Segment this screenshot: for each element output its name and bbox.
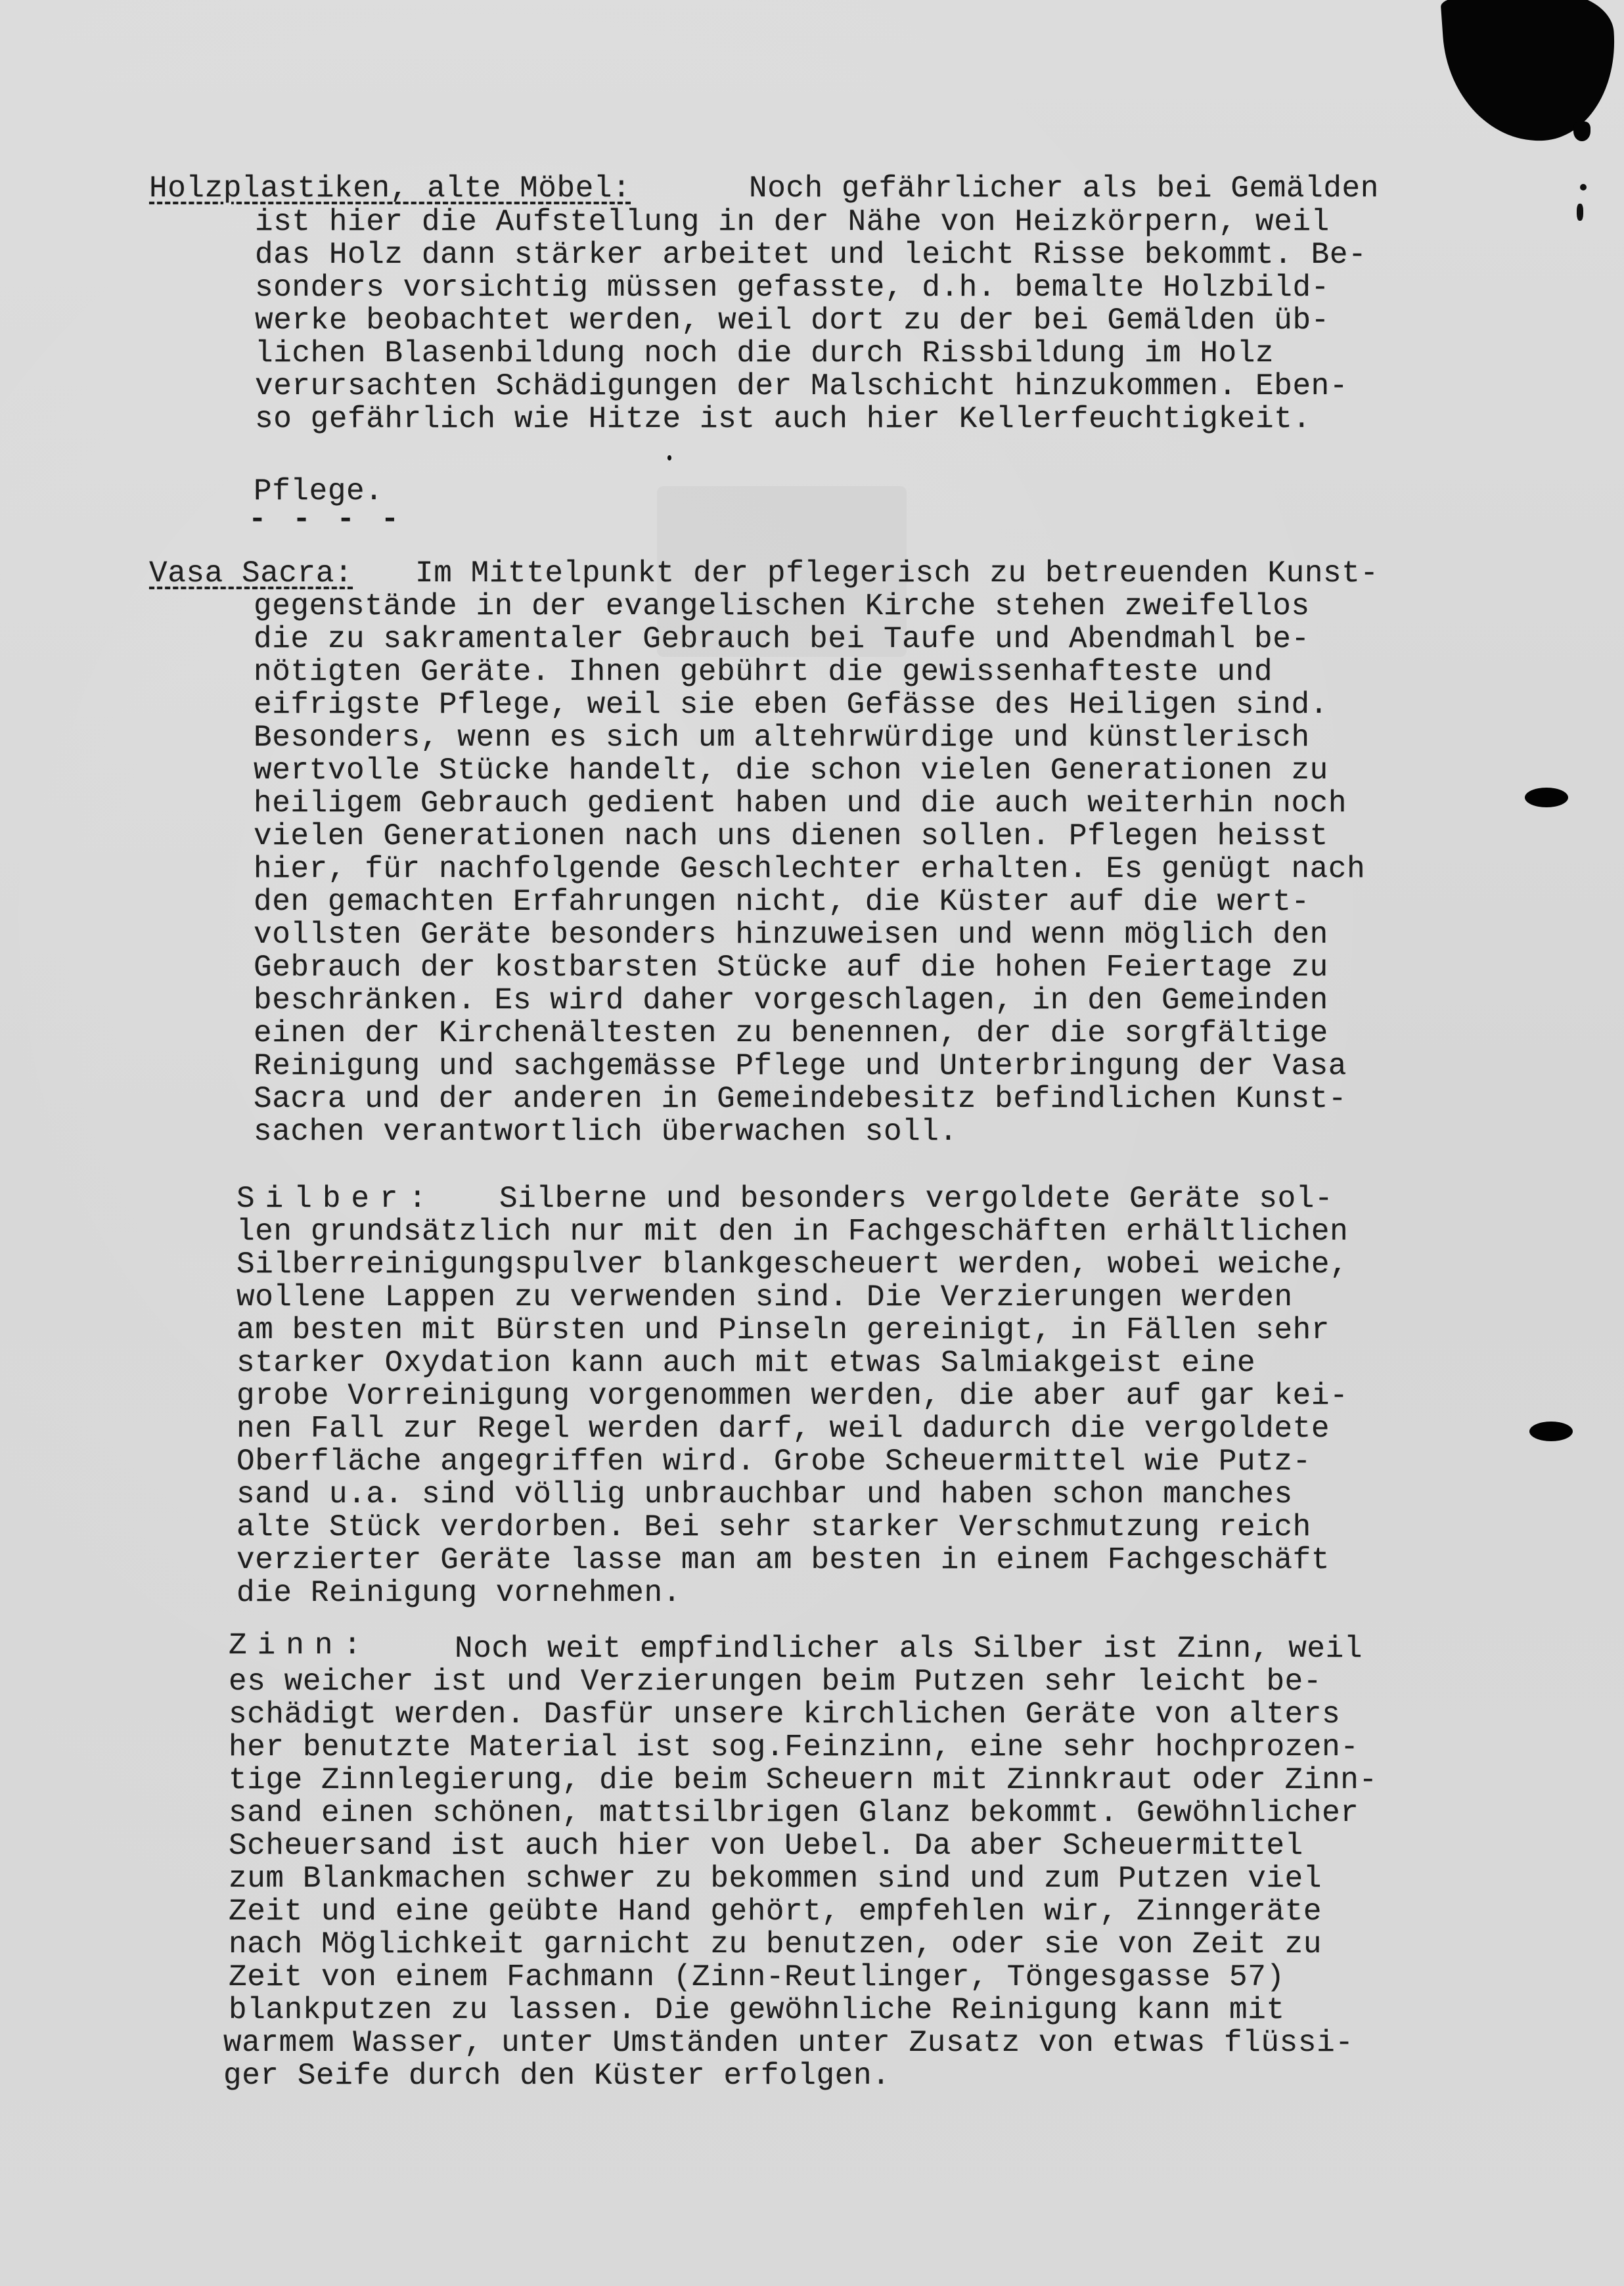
paragraph-line: Sacra und der anderen in Gemeindebesitz … (254, 1083, 1347, 1115)
dust-speck-icon (667, 455, 671, 460)
paragraph-line: starker Oxydation kann auch mit etwas Sa… (237, 1347, 1255, 1379)
section-heading: Holzplastiken, alte Möbel: (149, 172, 631, 205)
paragraph-line: eifrigste Pflege, weil sie eben Gefässe … (254, 688, 1328, 721)
paragraph-line: zum Blankmachen schwer zu bekommen sind … (229, 1862, 1322, 1895)
paragraph-line: Oberfläche angegriffen wird. Grobe Scheu… (237, 1445, 1311, 1478)
paragraph-line: wollene Lappen zu verwenden sind. Die Ve… (237, 1281, 1293, 1314)
punch-hole-icon (1529, 1422, 1573, 1441)
paragraph-line: verzierter Geräte lasse man am besten in… (237, 1544, 1330, 1577)
ink-blot-drip-icon (1573, 122, 1590, 141)
paragraph-line: die Reinigung vornehmen. (237, 1577, 681, 1609)
paragraph-line: einen der Kirchenältesten zu benennen, d… (254, 1017, 1328, 1050)
paragraph-line: nötigten Geräte. Ihnen gebührt die gewis… (254, 656, 1273, 688)
paragraph-line: nach Möglichkeit garnicht zu benutzen, o… (229, 1928, 1322, 1961)
paragraph-line: Scheuersand ist auch hier von Uebel. Da … (229, 1829, 1303, 1862)
paragraph-line: wertvolle Stücke handelt, die schon viel… (254, 754, 1328, 787)
paragraph-line: Noch weit empfindlicher als Silber ist Z… (455, 1632, 1363, 1665)
paragraph-line: Noch gefährlicher als bei Gemälden (749, 172, 1379, 205)
paragraph-line: hier, für nachfolgende Geschlechter erha… (254, 853, 1365, 885)
paragraph-line: es weicher ist und Verzierungen beim Put… (229, 1665, 1322, 1698)
paragraph-line: den gemachten Erfahrungen nicht, die Küs… (254, 885, 1310, 918)
paragraph-line: Reinigung und sachgemässe Pflege und Unt… (254, 1050, 1347, 1083)
paragraph-line: Gebrauch der kostbarsten Stücke auf die … (254, 951, 1328, 984)
punch-hole-icon (1525, 788, 1568, 807)
paragraph-line: so gefährlich wie Hitze ist auch hier Ke… (255, 403, 1311, 436)
paragraph-line: len grundsätzlich nur mit den in Fachges… (237, 1215, 1348, 1248)
ink-blot-icon (1440, 0, 1621, 147)
paragraph-line: sonders vorsichtig müssen gefasste, d.h.… (255, 271, 1330, 304)
paragraph-line: grobe Vorreinigung vorgenommen werden, d… (237, 1379, 1348, 1412)
paragraph-line: vollsten Geräte besonders hinzuweisen un… (254, 918, 1328, 951)
paragraph-line: sand einen schönen, mattsilbrigen Glanz … (229, 1797, 1359, 1829)
paragraph-line: Zeit von einem Fachmann (Zinn-Reutlinger… (229, 1961, 1285, 1994)
paragraph-line: blankputzen zu lassen. Die gewöhnliche R… (229, 1994, 1285, 2027)
paragraph-line: sand u.a. sind völlig unbrauchbar und ha… (237, 1478, 1293, 1511)
paragraph-line: her benutzte Material ist sog.Feinzinn, … (229, 1731, 1359, 1764)
section-heading: Zinn: (229, 1629, 372, 1662)
paragraph-line: Besonders, wenn es sich um altehrwürdige… (254, 721, 1310, 754)
paragraph-line: vielen Generationen nach uns dienen soll… (254, 820, 1328, 853)
paragraph-line: beschränken. Es wird daher vorgeschlagen… (254, 984, 1328, 1017)
paragraph-line: Im Mittelpunkt der pflegerisch zu betreu… (415, 557, 1379, 590)
section-heading: Vasa Sacra: (149, 557, 353, 590)
section-heading: Silber: (237, 1182, 437, 1215)
ink-speck-icon (1577, 204, 1583, 221)
paragraph-line: Silberne und besonders vergoldete Geräte… (499, 1182, 1333, 1215)
paragraph-line: werke beobachtet werden, weil dort zu de… (255, 304, 1330, 337)
paragraph-line: am besten mit Bürsten und Pinseln gerein… (237, 1314, 1330, 1347)
paragraph-line: Silberreinigungspulver blankgescheuert w… (237, 1248, 1348, 1281)
paragraph-line: das Holz dann stärker arbeitet und leich… (255, 238, 1366, 271)
paragraph-line: alte Stück verdorben. Bei sehr starker V… (237, 1511, 1311, 1544)
paragraph-line: ger Seife durch den Küster erfolgen. (223, 2059, 890, 2092)
title-underline: - - - - (248, 503, 403, 537)
paragraph-line: nen Fall zur Regel werden darf, weil dad… (237, 1412, 1330, 1445)
paragraph-line: lichen Blasenbildung noch die durch Riss… (255, 337, 1274, 370)
paragraph-line: Zeit und eine geübte Hand gehört, empfeh… (229, 1895, 1322, 1928)
paragraph-line: gegenstände in der evangelischen Kirche … (254, 590, 1310, 623)
paragraph-line: schädigt werden. Dasfür unsere kirchlich… (229, 1698, 1340, 1731)
paragraph-line: ist hier die Aufstellung in der Nähe von… (255, 206, 1330, 238)
paragraph-line: tige Zinnlegierung, die beim Scheuern mi… (229, 1764, 1378, 1797)
paragraph-line: sachen verantwortlich überwachen soll. (254, 1115, 958, 1148)
paragraph-line: heiligem Gebrauch gedient haben und die … (254, 787, 1347, 820)
paragraph-line: verursachten Schädigungen der Malschicht… (255, 370, 1348, 403)
paragraph-line: warmem Wasser, unter Umständen unter Zus… (223, 2027, 1353, 2059)
scanned-page: Holzplastiken, alte Möbel: Noch gefährli… (0, 0, 1624, 2286)
paragraph-line: die zu sakramentaler Gebrauch bei Taufe … (254, 623, 1310, 656)
ink-speck-icon (1580, 184, 1587, 190)
